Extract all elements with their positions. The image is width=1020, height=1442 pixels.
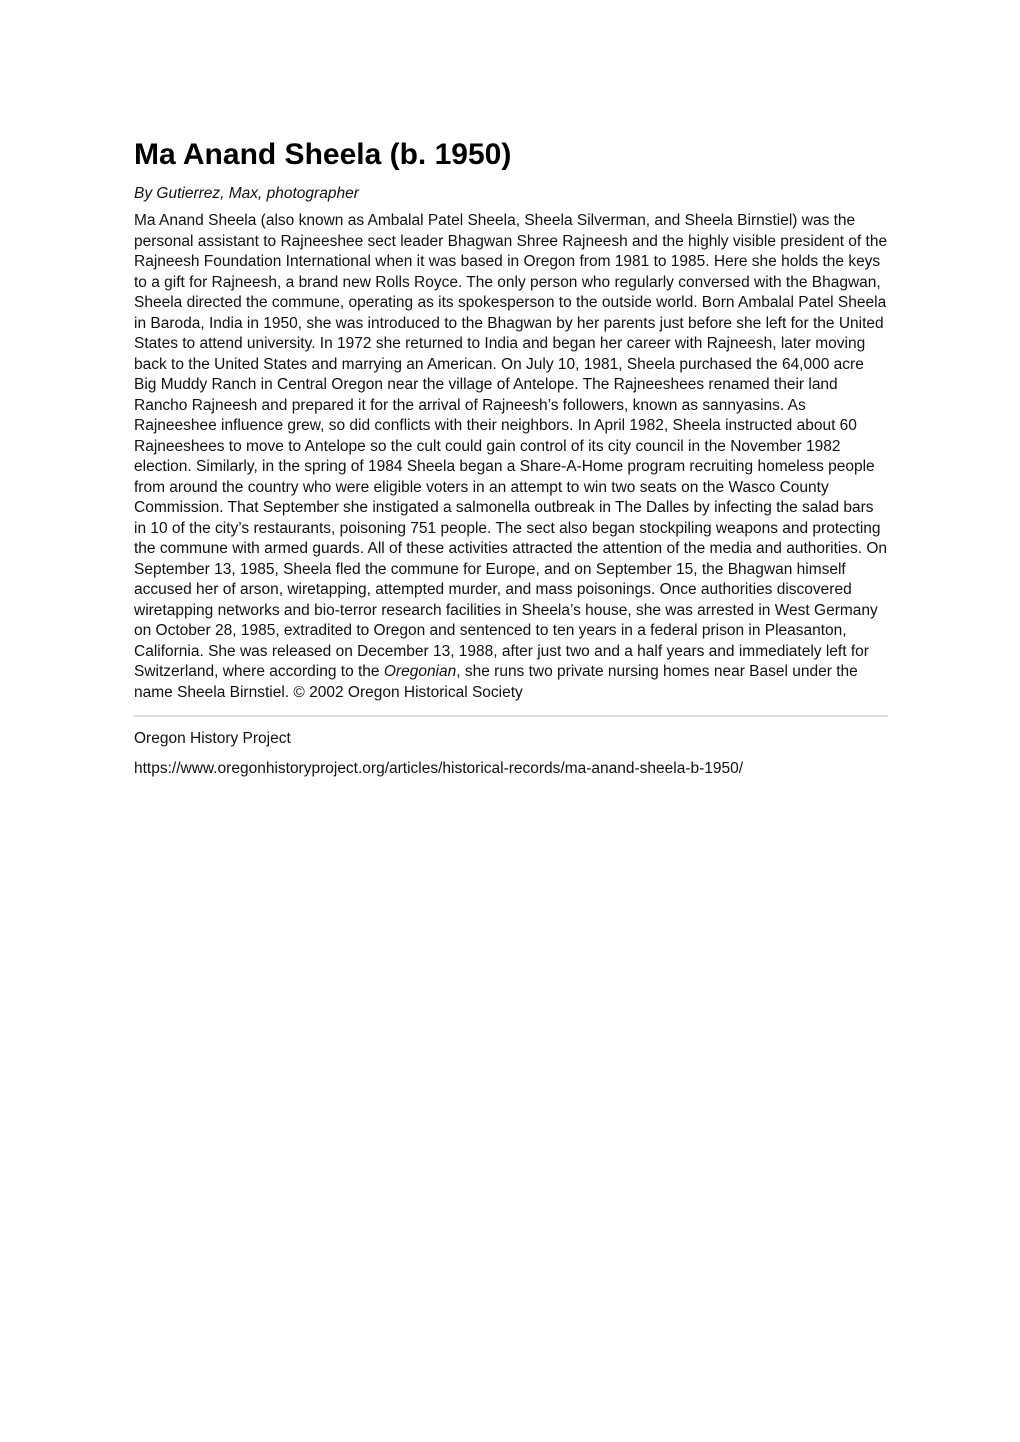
publication-name: Oregonian	[384, 663, 456, 680]
body-text-part1: Ma Anand Sheela (also known as Ambalal P…	[134, 212, 887, 680]
source-name: Oregon History Project	[134, 729, 888, 749]
body-paragraph: Ma Anand Sheela (also known as Ambalal P…	[134, 211, 888, 703]
source-url[interactable]: https://www.oregonhistoryproject.org/art…	[134, 759, 888, 779]
page-title: Ma Anand Sheela (b. 1950)	[134, 136, 888, 174]
divider	[134, 715, 888, 717]
byline: By Gutierrez, Max, photographer	[134, 184, 888, 204]
article-body: Ma Anand Sheela (also known as Ambalal P…	[134, 211, 888, 703]
document-page: Ma Anand Sheela (b. 1950) By Gutierrez, …	[134, 136, 888, 779]
